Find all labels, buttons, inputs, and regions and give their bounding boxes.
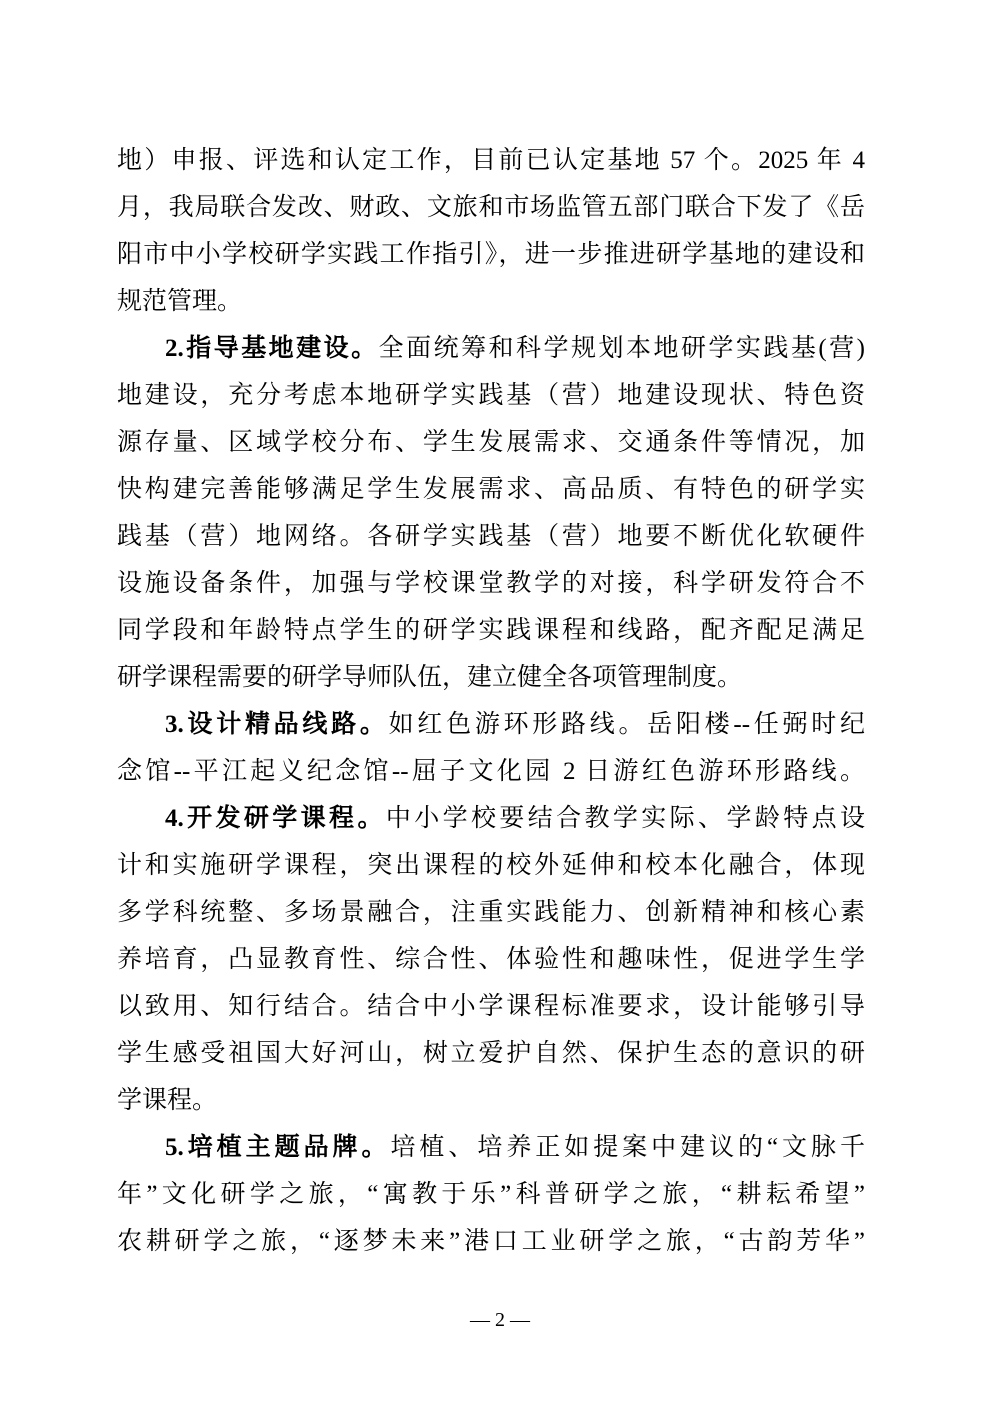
page-number: — 2 — [470,1309,530,1331]
text-line: 研学课程需要的研学导师队伍，建立健全各项管理制度。 [117,654,865,701]
text-line: 年”文化研学之旅，“寓教于乐”科普研学之旅，“耕耘希望” [117,1171,865,1218]
text-line: 4.开发研学课程。中小学校要结合教学实际、学龄特点设 [117,795,865,842]
document-page: 地）申报、评选和认定工作，目前已认定基地 57 个。2025 年 4月，我局联合… [0,0,1000,1414]
text-line: 2.指导基地建设。全面统筹和科学规划本地研学实践基(营) [117,325,865,372]
text-line: 同学段和年龄特点学生的研学实践课程和线路，配齐配足满足 [117,607,865,654]
text-line: 计和实施研学课程，突出课程的校外延伸和校本化融合，体现 [117,842,865,889]
text-line: 规范管理。 [117,278,865,325]
paragraph-heading: 3.设计精品线路。 [165,711,389,738]
paragraph-heading: 5.培植主题品牌。 [165,1134,390,1161]
text-line: 地）申报、评选和认定工作，目前已认定基地 57 个。2025 年 4 [117,137,865,184]
text-line: 地建设，充分考虑本地研学实践基（营）地建设现状、特色资 [117,372,865,419]
text-line: 多学科统整、多场景融合，注重实践能力、创新精神和核心素 [117,889,865,936]
page-footer: — 2 — [0,1300,1000,1340]
text-line: 践基（营）地网络。各研学实践基（营）地要不断优化软硬件 [117,513,865,560]
text-line: 设施设备条件，加强与学校课堂教学的对接，科学研发符合不 [117,560,865,607]
text-line: 养培育，凸显教育性、综合性、体验性和趣味性，促进学生学 [117,936,865,983]
paragraph-heading: 4.开发研学课程。 [165,805,386,832]
paragraph-heading: 2.指导基地建设。 [165,335,379,362]
text-line: 月，我局联合发改、财政、文旅和市场监管五部门联合下发了《岳 [117,184,865,231]
text-line: 以致用、知行结合。结合中小学课程标准要求，设计能够引导 [117,983,865,1030]
text-line: 源存量、区域学校分布、学生发展需求、交通条件等情况，加 [117,419,865,466]
document-body: 地）申报、评选和认定工作，目前已认定基地 57 个。2025 年 4月，我局联合… [117,137,865,1265]
text-line: 学课程。 [117,1077,865,1124]
text-line: 3.设计精品线路。如红色游环形路线。岳阳楼--任弼时纪 [117,701,865,748]
text-line: 农耕研学之旅，“逐梦未来”港口工业研学之旅，“古韵芳华” [117,1218,865,1265]
text-line: 阳市中小学校研学实践工作指引》，进一步推进研学基地的建设和 [117,231,865,278]
text-line: 快构建完善能够满足学生发展需求、高品质、有特色的研学实 [117,466,865,513]
text-line: 念馆--平江起义纪念馆--屈子文化园 2 日游红色游环形路线。 [117,748,865,795]
text-line: 5.培植主题品牌。培植、培养正如提案中建议的“文脉千 [117,1124,865,1171]
text-line: 学生感受祖国大好河山，树立爱护自然、保护生态的意识的研 [117,1030,865,1077]
